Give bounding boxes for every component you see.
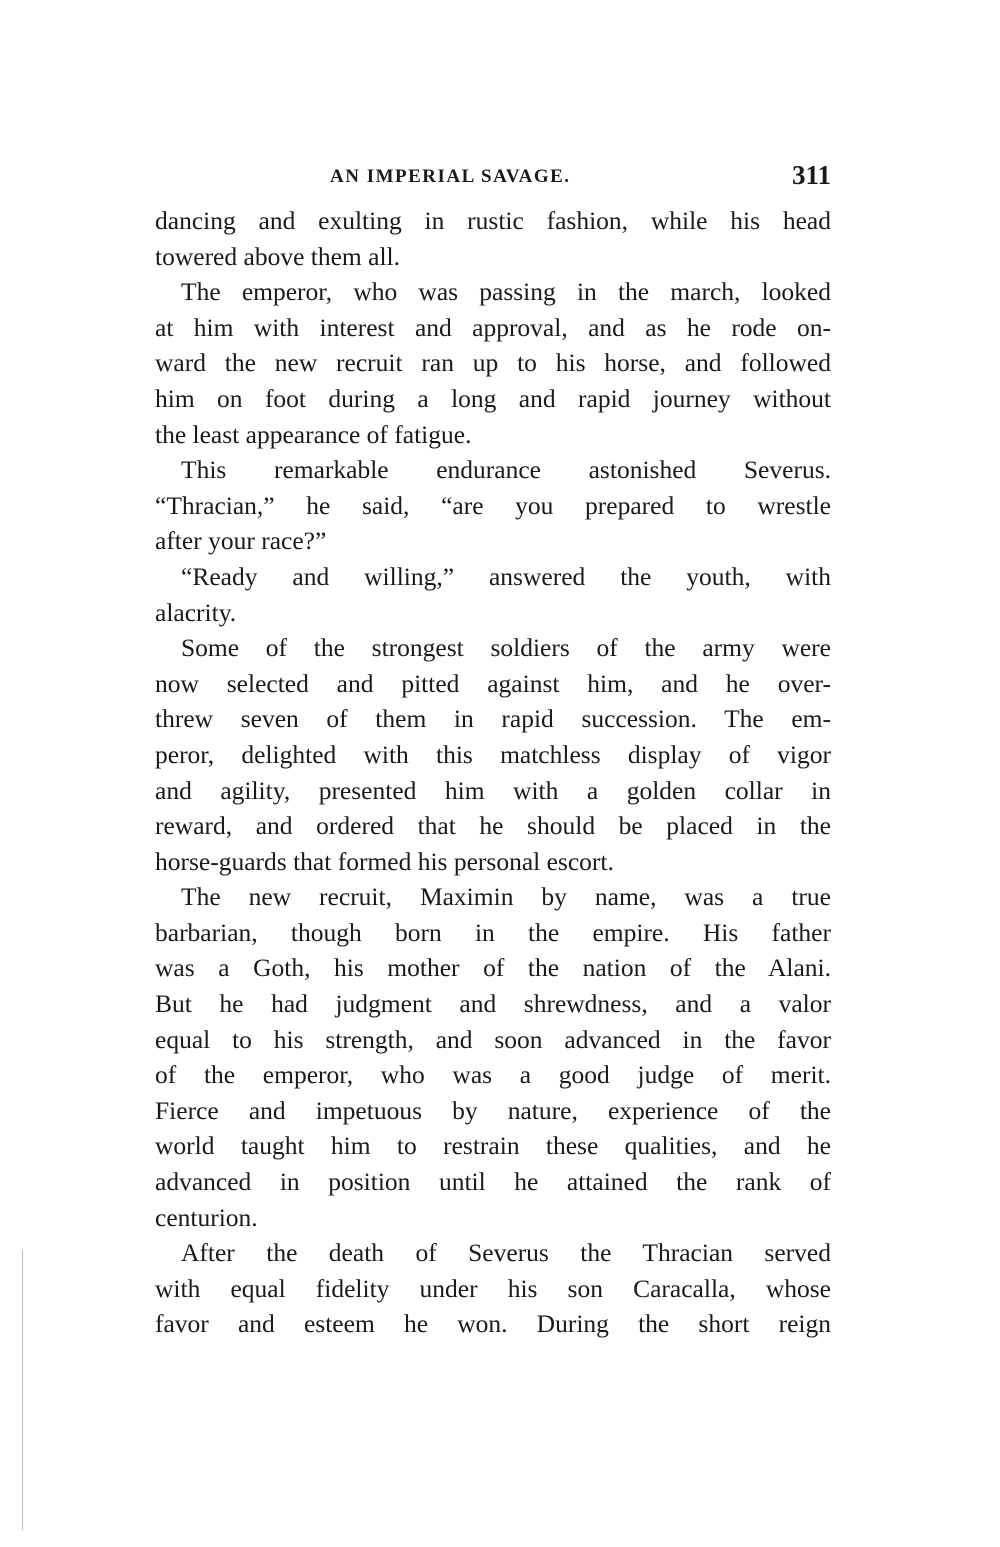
text-line: After the death of Severus the Thracian …: [155, 1235, 831, 1271]
text-line: favor and esteem he won. During the shor…: [155, 1306, 831, 1342]
text-line: The new recruit, Maximin by name, was a …: [155, 879, 831, 915]
text-line: dancing and exulting in rustic fashion, …: [155, 203, 831, 239]
text-line: The emperor, who was passing in the marc…: [155, 274, 831, 310]
text-line: centurion.: [155, 1200, 831, 1236]
text-line: after your race?”: [155, 523, 831, 559]
paragraph: The new recruit, Maximin by name, was a …: [155, 879, 831, 1235]
page-header: AN IMPERIAL SAVAGE. 311: [155, 160, 831, 196]
text-line: ward the new recruit ran up to his horse…: [155, 345, 831, 381]
paragraph: This remarkable endurance astonished Sev…: [155, 452, 831, 559]
text-line: with equal fidelity under his son Caraca…: [155, 1271, 831, 1307]
paragraph: Some of the strongest soldiers of the ar…: [155, 630, 831, 879]
paragraph: “Ready and willing,” answered the youth,…: [155, 559, 831, 630]
text-line: barbarian, though born in the empire. Hi…: [155, 915, 831, 951]
page-body: dancing and exulting in rustic fashion, …: [155, 203, 831, 1342]
text-line: was a Goth, his mother of the nation of …: [155, 950, 831, 986]
text-line: Fierce and impetuous by nature, experien…: [155, 1093, 831, 1129]
page-number: 311: [792, 160, 831, 191]
margin-scan-line: [22, 1250, 23, 1530]
text-line: him on foot during a long and rapid jour…: [155, 381, 831, 417]
text-line: This remarkable endurance astonished Sev…: [155, 452, 831, 488]
text-line: peror, delighted with this matchless dis…: [155, 737, 831, 773]
text-line: “Ready and willing,” answered the youth,…: [155, 559, 831, 595]
paragraph: dancing and exulting in rustic fashion, …: [155, 203, 831, 274]
text-line: horse-guards that formed his personal es…: [155, 844, 831, 880]
text-line: at him with interest and approval, and a…: [155, 310, 831, 346]
text-line: advanced in position until he attained t…: [155, 1164, 831, 1200]
text-line: threw seven of them in rapid succession.…: [155, 701, 831, 737]
text-line: alacrity.: [155, 595, 831, 631]
book-page: AN IMPERIAL SAVAGE. 311 dancing and exul…: [0, 0, 1000, 1547]
text-line: the least appearance of fatigue.: [155, 417, 831, 453]
paragraph: After the death of Severus the Thracian …: [155, 1235, 831, 1342]
text-line: of the emperor, who was a good judge of …: [155, 1057, 831, 1093]
text-line: towered above them all.: [155, 239, 831, 275]
paragraph: The emperor, who was passing in the marc…: [155, 274, 831, 452]
text-line: Some of the strongest soldiers of the ar…: [155, 630, 831, 666]
running-title: AN IMPERIAL SAVAGE.: [330, 166, 571, 188]
text-line: equal to his strength, and soon advanced…: [155, 1022, 831, 1058]
text-line: world taught him to restrain these quali…: [155, 1128, 831, 1164]
text-line: But he had judgment and shrewdness, and …: [155, 986, 831, 1022]
text-line: now selected and pitted against him, and…: [155, 666, 831, 702]
text-line: and agility, presented him with a golden…: [155, 773, 831, 809]
text-line: “Thracian,” he said, “are you prepared t…: [155, 488, 831, 524]
text-line: reward, and ordered that he should be pl…: [155, 808, 831, 844]
